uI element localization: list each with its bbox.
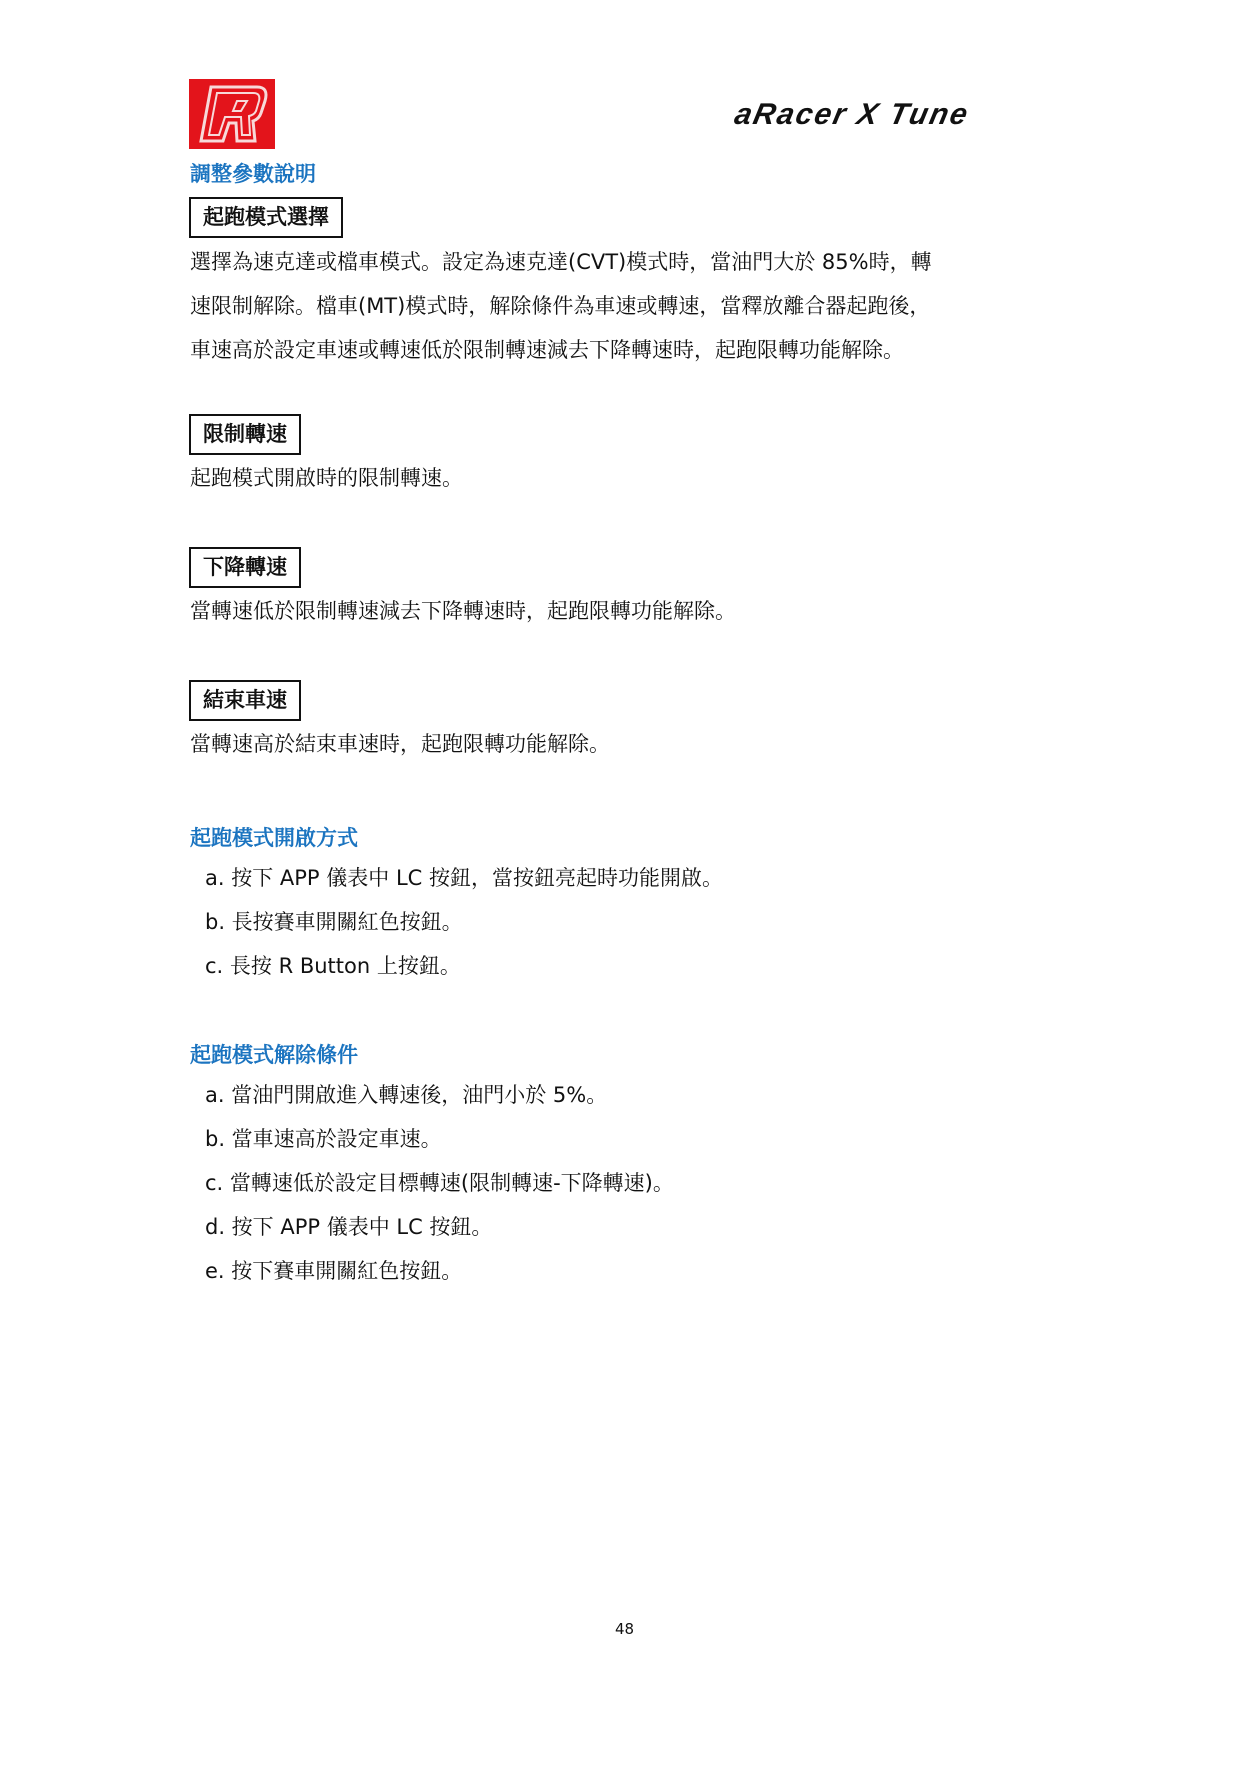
param-desc-launch-mode: 選擇為速克達或檔車模式。設定為速克達(CVT)模式時，當油門大於 85%時，轉 …: [190, 240, 1090, 372]
param-desc-limit-rpm: 起跑模式開啟時的限制轉速。: [190, 456, 1090, 500]
desc-line: 當轉速低於限制轉速減去下降轉速時，起跑限轉功能解除。: [190, 589, 1090, 633]
desc-line: 速限制解除。檔車(MT)模式時，解除條件為車速或轉速，當釋放離合器起跑後，: [190, 284, 1090, 328]
param-desc-end-speed: 當轉速高於結束車速時，起跑限轉功能解除。: [190, 722, 1090, 766]
page-number: 48: [0, 1620, 1249, 1638]
page-title: 調整參數說明: [190, 158, 316, 188]
enable-section-title: 起跑模式開啟方式: [190, 822, 358, 852]
list-item: e. 按下賽車開關紅色按鈕。: [205, 1249, 674, 1293]
brand-logo-text: aRacer X Tune: [731, 98, 972, 132]
desc-line: 當轉速高於結束車速時，起跑限轉功能解除。: [190, 722, 1090, 766]
list-item: b. 長按賽車開關紅色按鈕。: [205, 900, 723, 944]
disable-section-title: 起跑模式解除條件: [190, 1039, 358, 1069]
list-item: b. 當車速高於設定車速。: [205, 1117, 674, 1161]
param-label-end-speed: 結束車速: [189, 680, 301, 721]
desc-line: 車速高於設定車速或轉速低於限制轉速減去下降轉速時，起跑限轉功能解除。: [190, 328, 1090, 372]
r-logo-icon: [189, 79, 275, 149]
list-item: a. 按下 APP 儀表中 LC 按鈕，當按鈕亮起時功能開啟。: [205, 856, 723, 900]
disable-condition-list: a. 當油門開啟進入轉速後，油門小於 5%。 b. 當車速高於設定車速。 c. …: [205, 1073, 674, 1293]
param-label-limit-rpm: 限制轉速: [189, 414, 301, 455]
list-item: a. 當油門開啟進入轉速後，油門小於 5%。: [205, 1073, 674, 1117]
desc-line: 起跑模式開啟時的限制轉速。: [190, 456, 1090, 500]
param-label-launch-mode: 起跑模式選擇: [189, 197, 343, 238]
param-desc-drop-rpm: 當轉速低於限制轉速減去下降轉速時，起跑限轉功能解除。: [190, 589, 1090, 633]
enable-method-list: a. 按下 APP 儀表中 LC 按鈕，當按鈕亮起時功能開啟。 b. 長按賽車開…: [205, 856, 723, 988]
param-label-drop-rpm: 下降轉速: [189, 547, 301, 588]
list-item: d. 按下 APP 儀表中 LC 按鈕。: [205, 1205, 674, 1249]
desc-line: 選擇為速克達或檔車模式。設定為速克達(CVT)模式時，當油門大於 85%時，轉: [190, 240, 1090, 284]
list-item: c. 當轉速低於設定目標轉速(限制轉速-下降轉速)。: [205, 1161, 674, 1205]
list-item: c. 長按 R Button 上按鈕。: [205, 944, 723, 988]
